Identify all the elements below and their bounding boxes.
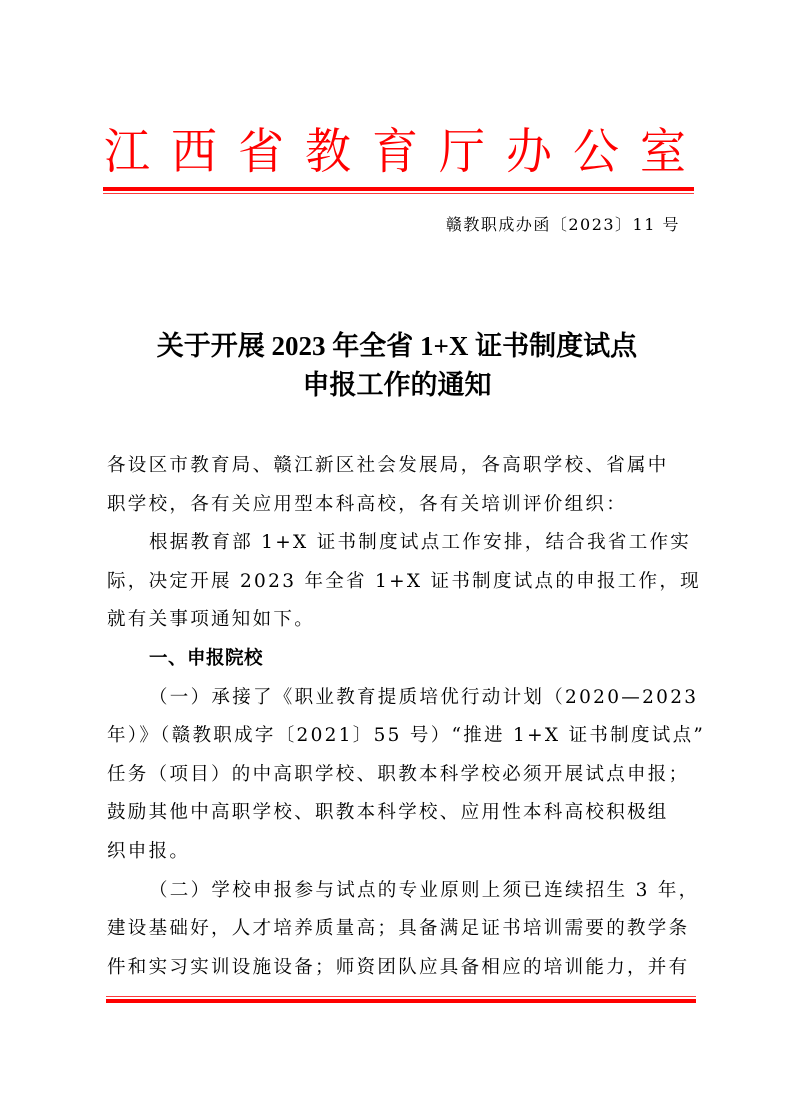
letterhead-char: 教 bbox=[305, 121, 351, 182]
body-line: 根据教育部 1+X 证书制度试点工作安排，结合我省工作实 bbox=[107, 524, 693, 563]
letterhead-char: 办 bbox=[506, 121, 552, 182]
letterhead-char: 育 bbox=[372, 121, 418, 182]
letterhead-title: 江 西 省 教 育 厅 办 公 室 bbox=[104, 122, 686, 180]
letterhead-char: 室 bbox=[640, 121, 686, 182]
document-title: 关于开展 2023 年全省 1+X 证书制度试点 申报工作的通知 bbox=[100, 327, 694, 405]
body-line: 任务（项目）的中高职学校、职教本科学校必须开展试点申报； bbox=[107, 756, 693, 795]
body-line: 织申报。 bbox=[107, 833, 693, 872]
letterhead-char: 省 bbox=[238, 121, 284, 182]
letterhead-rule-thin bbox=[103, 193, 694, 194]
letterhead-char: 公 bbox=[573, 121, 619, 182]
body-line: 各设区市教育局、赣江新区社会发展局，各高职学校、省属中 bbox=[107, 447, 693, 486]
title-line-1: 关于开展 2023 年全省 1+X 证书制度试点 bbox=[100, 327, 694, 366]
body-line: 际，决定开展 2023 年全省 1+X 证书制度试点的申报工作，现 bbox=[107, 563, 693, 602]
body-line: 件和实习实训设施设备；师资团队应具备相应的培训能力，并有 bbox=[107, 949, 693, 988]
footer-rule-thin bbox=[106, 996, 696, 997]
title-line-2: 申报工作的通知 bbox=[100, 366, 694, 405]
section-heading: 一、申报院校 bbox=[107, 640, 693, 679]
letterhead-char: 江 bbox=[104, 121, 150, 182]
letterhead-char: 厅 bbox=[439, 121, 485, 182]
document-number: 赣教职成办函〔2023〕11 号 bbox=[446, 212, 680, 238]
body-line: 鼓励其他中高职学校、职教本科学校、应用性本科高校积极组 bbox=[107, 794, 693, 833]
letterhead-rule-thick bbox=[103, 187, 694, 191]
document-page: 江 西 省 教 育 厅 办 公 室 赣教职成办函〔2023〕11 号 关于开展 … bbox=[0, 0, 794, 1108]
letterhead-char: 西 bbox=[171, 121, 217, 182]
document-body: 各设区市教育局、赣江新区社会发展局，各高职学校、省属中 职学校，各有关应用型本科… bbox=[107, 447, 693, 987]
body-line: 职学校，各有关应用型本科高校，各有关培训评价组织： bbox=[107, 486, 693, 525]
body-line: （二）学校申报参与试点的专业原则上须已连续招生 3 年， bbox=[107, 872, 693, 911]
body-line: 就有关事项通知如下。 bbox=[107, 601, 693, 640]
body-line: 建设基础好，人才培养质量高；具备满足证书培训需要的教学条 bbox=[107, 910, 693, 949]
footer-rule-thick bbox=[106, 999, 696, 1003]
body-line: （一）承接了《职业教育提质培优行动计划（2020—2023 bbox=[107, 679, 693, 718]
body-line: 年）》（赣教职成字〔2021〕55 号）“推进 1+X 证书制度试点” bbox=[107, 717, 693, 756]
